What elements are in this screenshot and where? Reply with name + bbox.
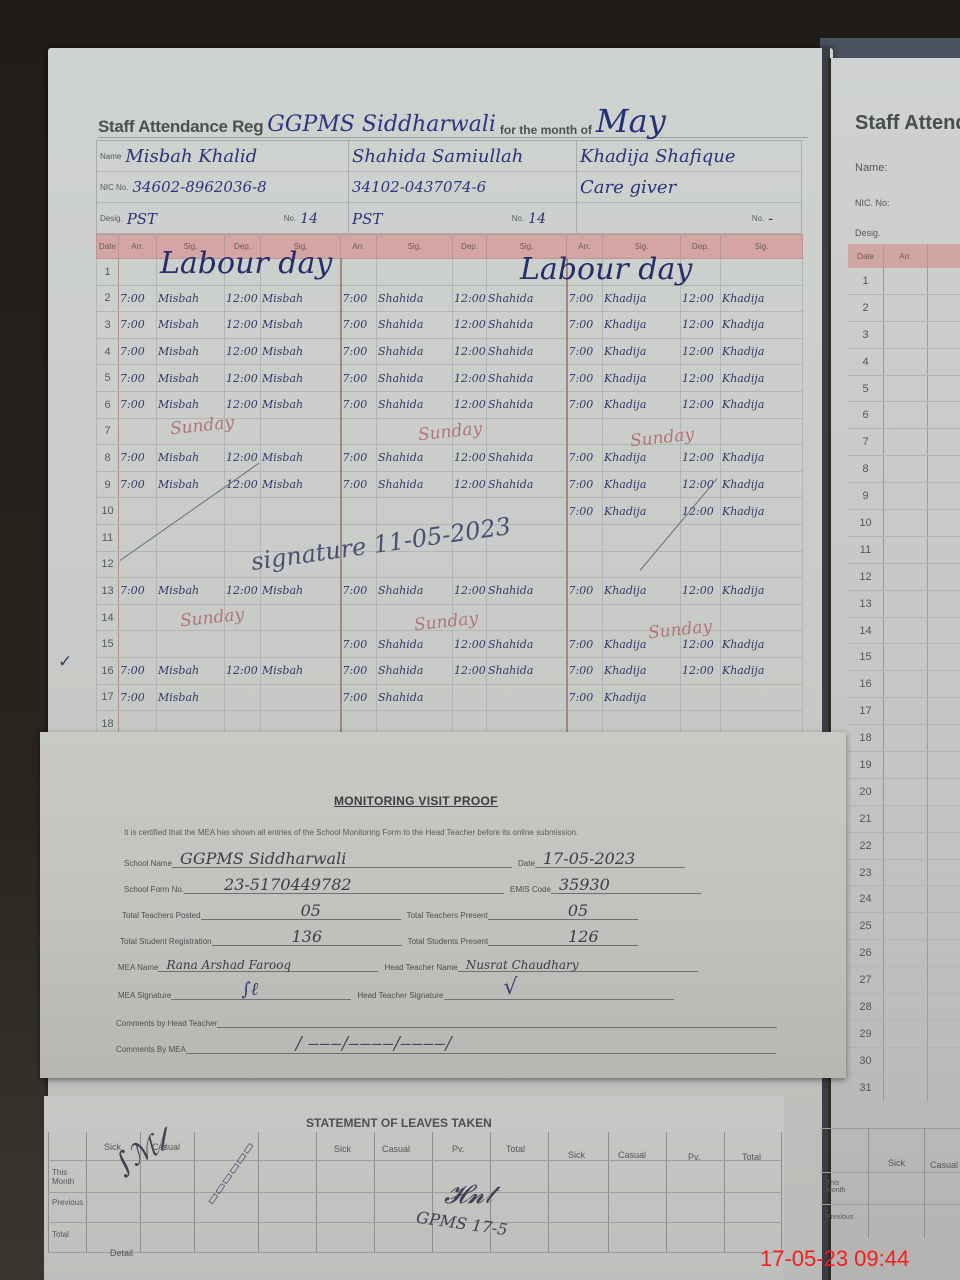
row-date: 15	[97, 631, 119, 658]
school-name-label: School Name	[124, 859, 172, 868]
attendance-row: 11	[97, 524, 803, 551]
signature-cell: Khadija	[603, 445, 681, 472]
no-label: No.	[512, 214, 524, 223]
right-attendance-row: 16	[848, 671, 960, 698]
row-date: 14	[848, 618, 884, 644]
signature-cell: Khadija	[721, 391, 803, 418]
row-date: 7	[97, 418, 119, 445]
right-attendance-row: 2	[848, 295, 960, 322]
right-attendance-row: 10	[848, 510, 960, 537]
time-cell	[341, 259, 377, 286]
time-cell: 12:00	[453, 471, 487, 498]
time-cell: 12:00	[453, 657, 487, 684]
right-attendance-row: 7	[848, 429, 960, 456]
slip-title: MONITORING VISIT PROOF	[334, 794, 498, 808]
time-cell: 7:00	[567, 657, 603, 684]
right-attendance-row: 5	[848, 376, 960, 403]
arrival-cell	[884, 429, 928, 455]
time-cell: 7:00	[341, 657, 377, 684]
signature-cell	[261, 604, 341, 631]
time-cell	[119, 259, 157, 286]
row-date: 16	[848, 671, 884, 697]
time-cell	[567, 524, 603, 551]
time-cell: 7:00	[119, 684, 157, 711]
arrival-cell	[884, 913, 928, 939]
row-date: 9	[97, 471, 119, 498]
right-attendance-row: 15	[848, 644, 960, 671]
attendance-row: 67:00Misbah12:00Misbah7:00Shahida12:00Sh…	[97, 391, 803, 418]
signature-cell: Shahida	[487, 285, 567, 312]
leaves-row-this-month: This Month	[52, 1168, 82, 1186]
time-cell: 7:00	[119, 445, 157, 472]
leaves-col-pv: Pv.	[688, 1152, 700, 1162]
row-date: 18	[848, 725, 884, 751]
right-leaves-col-sick: Sick	[888, 1158, 905, 1168]
check-mark: ✓	[58, 652, 72, 672]
time-cell	[453, 498, 487, 525]
time-cell	[341, 524, 377, 551]
head-teacher-name-value: Nusrat Chaudhary	[466, 958, 579, 972]
signature-cell: Khadija	[721, 631, 803, 658]
attendance-row: 1	[97, 259, 803, 286]
col-signature: Sig.	[377, 235, 453, 259]
signature-cell: Khadija	[603, 338, 681, 365]
date-value: 17-05-2023	[543, 849, 635, 868]
time-cell: 12:00	[681, 657, 721, 684]
signature-cell: Shahida	[377, 657, 453, 684]
arrival-cell	[884, 671, 928, 697]
time-cell	[453, 684, 487, 711]
time-cell: 7:00	[119, 471, 157, 498]
row-date: 4	[97, 338, 119, 365]
time-cell	[453, 418, 487, 445]
col-date: Date	[848, 244, 884, 268]
time-cell: 12:00	[225, 445, 261, 472]
arrival-cell	[884, 564, 928, 590]
time-cell: 7:00	[341, 285, 377, 312]
staff-nic-row: Care giver	[577, 172, 803, 203]
time-cell	[225, 684, 261, 711]
signature-cell: Khadija	[603, 471, 681, 498]
row-date: 16	[97, 657, 119, 684]
school-form-label: School Form No.	[124, 885, 184, 894]
signature-cell: Shahida	[377, 578, 453, 605]
time-cell: 12:00	[681, 445, 721, 472]
signature-cell: Misbah	[261, 338, 341, 365]
student-registration-value: 136	[292, 927, 323, 946]
row-date: 23	[848, 860, 884, 886]
right-name-label: Name:	[855, 162, 887, 174]
leaves-title: STATEMENT OF LEAVES TAKEN	[306, 1116, 492, 1130]
right-attendance-row: 14	[848, 618, 960, 645]
arrival-cell	[884, 618, 928, 644]
teachers-posted-value: 05	[301, 901, 321, 920]
time-cell: 7:00	[119, 338, 157, 365]
right-attendance-row: 1	[848, 268, 960, 295]
attendance-row: 27:00Misbah12:00Misbah7:00Shahida12:00Sh…	[97, 285, 803, 312]
signature-cell: Shahida	[487, 312, 567, 339]
row-date: 5	[848, 376, 884, 402]
time-cell: 12:00	[225, 312, 261, 339]
signature-cell	[377, 259, 453, 286]
arrival-cell	[884, 510, 928, 536]
row-date: 11	[848, 537, 884, 563]
arrival-cell	[884, 295, 928, 321]
arrival-cell	[884, 725, 928, 751]
signature-cell	[721, 684, 803, 711]
row-date: 7	[848, 429, 884, 455]
signature-cell: Misbah	[157, 391, 225, 418]
arrival-cell	[884, 752, 928, 778]
time-cell: 7:00	[567, 471, 603, 498]
staff-desig: PST	[352, 210, 382, 228]
signature-cell	[157, 259, 225, 286]
right-attendance-row: 11	[848, 537, 960, 564]
signature-cell	[487, 418, 567, 445]
arrival-cell	[884, 591, 928, 617]
signature-cell: Shahida	[377, 471, 453, 498]
time-cell: 12:00	[225, 657, 261, 684]
signature-cell: Khadija	[603, 631, 681, 658]
row-date: 6	[848, 402, 884, 428]
signature-cell: Misbah	[261, 578, 341, 605]
right-attendance-row: 24	[848, 886, 960, 913]
month-value: May	[596, 105, 666, 137]
signature-cell: Misbah	[157, 312, 225, 339]
signature-cell	[261, 498, 341, 525]
staff-name-row: Name Misbah Khalid	[97, 141, 348, 172]
signature-cell: Khadija	[603, 578, 681, 605]
signature-cell: Shahida	[487, 631, 567, 658]
signature-cell: Misbah	[261, 445, 341, 472]
signature-cell: Shahida	[487, 471, 567, 498]
time-cell: 7:00	[567, 338, 603, 365]
school-name-field: School Name GGPMS Siddharwali Date 17-05…	[124, 852, 685, 868]
arrival-cell	[884, 376, 928, 402]
col-signature: Sig.	[721, 235, 803, 259]
signature-cell	[261, 259, 341, 286]
row-date: 21	[848, 806, 884, 832]
signature-cell	[157, 524, 225, 551]
staff-column-1: Name Misbah Khalid NIC No. 34602-8962036…	[97, 141, 349, 234]
row-date: 27	[848, 967, 884, 993]
attendance-row: 137:00Misbah12:00Misbah7:00Shahida12:00S…	[97, 578, 803, 605]
signature-cell: Misbah	[157, 365, 225, 392]
col-departure: Dep.	[453, 235, 487, 259]
right-attendance-row: 26	[848, 940, 960, 967]
signature-cell	[261, 524, 341, 551]
attendance-row: 47:00Misbah12:00Misbah7:00Shahida12:00Sh…	[97, 338, 803, 365]
time-cell	[225, 498, 261, 525]
mea-name-field: MEA Name Rana Arshad Farooq Head Teacher…	[118, 956, 698, 972]
time-cell: 12:00	[225, 578, 261, 605]
time-cell: 12:00	[453, 365, 487, 392]
time-cell	[567, 604, 603, 631]
row-date: 20	[848, 779, 884, 805]
leaves-row-previous: Previous	[52, 1198, 83, 1207]
signature-cell	[721, 604, 803, 631]
staff-desig-row: No. -	[577, 203, 803, 234]
time-cell: 12:00	[681, 338, 721, 365]
right-attendance-row: 27	[848, 967, 960, 994]
time-cell: 7:00	[567, 445, 603, 472]
attendance-row: 87:00Misbah12:00Misbah7:00Shahida12:00Sh…	[97, 445, 803, 472]
row-date: 10	[97, 498, 119, 525]
time-cell	[341, 604, 377, 631]
no-label: No.	[752, 214, 764, 223]
arrival-cell	[884, 1048, 928, 1074]
time-cell: 7:00	[567, 285, 603, 312]
staff-desig-row: PST No. 14	[349, 203, 576, 234]
time-cell	[119, 498, 157, 525]
signature-cell	[261, 631, 341, 658]
staff-no: 14	[528, 211, 546, 227]
teachers-posted-field: Total Teachers Posted 05 Total Teachers …	[122, 904, 638, 920]
time-cell: 7:00	[567, 631, 603, 658]
head-teacher-signature: 𝓗𝓷𝓉	[444, 1180, 493, 1211]
arrival-cell	[884, 1021, 928, 1047]
leaves-col-total: Total	[742, 1152, 761, 1162]
row-date: 2	[848, 295, 884, 321]
time-cell: 12:00	[453, 631, 487, 658]
arrival-cell	[884, 456, 928, 482]
staff-name-row: Shahida Samiullah	[349, 141, 576, 172]
arrival-cell	[884, 268, 928, 294]
student-registration-label: Total Student Registration	[120, 937, 212, 946]
signature-cell	[487, 259, 567, 286]
col-arrival: Arr.	[119, 235, 157, 259]
staff-info-grid: Name Misbah Khalid NIC No. 34602-8962036…	[96, 140, 802, 234]
signature-cell	[487, 684, 567, 711]
signature-cell: Shahida	[487, 578, 567, 605]
attendance-row: 57:00Misbah12:00Misbah7:00Shahida12:00Sh…	[97, 365, 803, 392]
row-date: 28	[848, 994, 884, 1020]
right-attendance-row: 29	[848, 1021, 960, 1048]
right-attendance-row: 23	[848, 860, 960, 887]
row-date: 19	[848, 752, 884, 778]
signature-cell: Misbah	[261, 365, 341, 392]
signature-cell	[487, 604, 567, 631]
row-date: 10	[848, 510, 884, 536]
attendance-row: 157:00Shahida12:00Shahida7:00Khadija12:0…	[97, 631, 803, 658]
time-cell: 7:00	[341, 631, 377, 658]
right-attendance-row: 19	[848, 752, 960, 779]
mea-name-value: Rana Arshad Farooq	[166, 958, 291, 972]
arrival-cell	[884, 860, 928, 886]
time-cell	[567, 418, 603, 445]
time-cell	[681, 418, 721, 445]
staff-name: Khadija Shafique	[580, 146, 736, 167]
school-name-handwritten: GGPMS Siddharwali	[267, 112, 496, 137]
time-cell: 7:00	[341, 312, 377, 339]
arrival-cell	[884, 779, 928, 805]
staff-nic: 34102-0437074-6	[352, 178, 486, 196]
row-date: 29	[848, 1021, 884, 1047]
time-cell: 12:00	[225, 285, 261, 312]
comments-mea-label: Comments By MEA	[116, 1045, 186, 1054]
right-attendance-row: 9	[848, 483, 960, 510]
staff-name: Shahida Samiullah	[352, 146, 523, 167]
signature-cell	[261, 684, 341, 711]
signature-cell	[487, 498, 567, 525]
time-cell: 7:00	[567, 578, 603, 605]
signature-cell	[603, 551, 681, 578]
student-registration-field: Total Student Registration 136 Total Stu…	[120, 930, 638, 946]
row-date: 13	[848, 591, 884, 617]
right-desig-label: Desig.	[855, 228, 881, 238]
comments-strike-marks: / ‒‒‒/‒‒‒‒/‒‒‒‒/	[296, 1033, 452, 1054]
signature-cell: Khadija	[721, 578, 803, 605]
signature-cell: Khadija	[603, 365, 681, 392]
signature-cell	[487, 524, 567, 551]
school-name-value: GGPMS Siddharwali	[180, 849, 346, 868]
head-teacher-signature-mark: √	[504, 975, 518, 1000]
register-title: Staff Attendance Reg GGPMS Siddharwali f…	[98, 98, 808, 138]
col-departure: Dep.	[225, 235, 261, 259]
right-leaves-col-casual: Casual	[930, 1160, 958, 1170]
signature-cell: Khadija	[603, 285, 681, 312]
signature-cell: Misbah	[261, 285, 341, 312]
time-cell: 12:00	[681, 312, 721, 339]
signature-cell: Misbah	[157, 338, 225, 365]
time-cell: 12:00	[453, 391, 487, 418]
signature-cell: Misbah	[261, 657, 341, 684]
signature-cell	[377, 551, 453, 578]
col-signature: Sig.	[261, 235, 341, 259]
attendance-row: 14	[97, 604, 803, 631]
leaves-col-total: Total	[506, 1144, 525, 1154]
arrival-cell	[884, 1075, 928, 1101]
signature-cell	[721, 259, 803, 286]
time-cell	[225, 524, 261, 551]
time-cell: 12:00	[225, 391, 261, 418]
signature-cell: Khadija	[721, 338, 803, 365]
attendance-row: 37:00Misbah12:00Misbah7:00Shahida12:00Sh…	[97, 312, 803, 339]
statement-of-leaves: STATEMENT OF LEAVES TAKEN Sick Casual Si…	[44, 1096, 784, 1280]
time-cell	[453, 551, 487, 578]
signature-cell: Shahida	[487, 338, 567, 365]
right-attendance-table: Date Arr. 123456789101112131415161718192…	[848, 244, 960, 1102]
col-signature	[928, 244, 960, 268]
right-rows: 1234567891011121314151617181920212223242…	[848, 268, 960, 1102]
time-cell: 7:00	[341, 365, 377, 392]
signature-cell: Shahida	[487, 391, 567, 418]
teachers-posted-label: Total Teachers Posted	[122, 911, 201, 920]
col-signature: Sig.	[603, 235, 681, 259]
signature-cell	[721, 524, 803, 551]
leaves-col-casual: Casual	[382, 1144, 410, 1154]
row-date: 15	[848, 644, 884, 670]
attendance-row: 167:00Misbah12:00Misbah7:00Shahida12:00S…	[97, 657, 803, 684]
time-cell: 12:00	[225, 365, 261, 392]
signature-cell: Khadija	[603, 684, 681, 711]
time-cell	[681, 551, 721, 578]
right-attendance-row: 17	[848, 698, 960, 725]
mea-signature-mark: ∫ℓ	[241, 979, 258, 1000]
row-date: 30	[848, 1048, 884, 1074]
time-cell: 7:00	[567, 391, 603, 418]
signature-cell	[157, 418, 225, 445]
arrival-cell	[884, 967, 928, 993]
time-cell	[453, 604, 487, 631]
signature-cell: Khadija	[721, 312, 803, 339]
students-present-value: 126	[568, 927, 599, 946]
time-cell	[225, 259, 261, 286]
col-date: Date	[97, 235, 119, 259]
head-teacher-name-label: Head Teacher Name	[384, 963, 457, 972]
time-cell: 7:00	[341, 338, 377, 365]
time-cell: 7:00	[119, 391, 157, 418]
right-attendance-row: 6	[848, 402, 960, 429]
row-date: 12	[848, 564, 884, 590]
staff-desig-row: Desig. PST No. 14	[97, 203, 348, 234]
school-form-value: 23-5170449782	[224, 875, 352, 894]
col-signature: Sig.	[487, 235, 567, 259]
time-cell	[681, 684, 721, 711]
row-date: 22	[848, 833, 884, 859]
time-cell: 7:00	[119, 285, 157, 312]
signature-cell	[157, 604, 225, 631]
time-cell: 12:00	[681, 471, 721, 498]
time-cell	[119, 418, 157, 445]
row-date: 17	[97, 684, 119, 711]
time-cell	[567, 551, 603, 578]
right-leaves-grid: Sick Casual This Month Previous	[820, 1128, 960, 1238]
signature-cell: Shahida	[377, 445, 453, 472]
month-label: for the month of	[500, 123, 592, 137]
arrival-cell	[884, 402, 928, 428]
time-cell: 12:00	[453, 285, 487, 312]
signature-cell: Shahida	[377, 312, 453, 339]
signature-cell: Khadija	[721, 657, 803, 684]
staff-column-3: Khadija Shafique Care giver No. -	[577, 141, 803, 234]
camera-timestamp: 17-05-23 09:44	[760, 1246, 909, 1272]
col-departure: Dep.	[681, 235, 721, 259]
row-date: 3	[97, 312, 119, 339]
right-nic-label: NIC. No:	[855, 198, 890, 208]
arrival-cell	[884, 698, 928, 724]
right-header-row: Date Arr.	[848, 244, 960, 268]
time-cell	[341, 551, 377, 578]
time-cell	[341, 498, 377, 525]
time-cell	[453, 259, 487, 286]
row-date: 31	[848, 1075, 884, 1101]
row-date: 12	[97, 551, 119, 578]
row-date: 17	[848, 698, 884, 724]
attendance-row: 7	[97, 418, 803, 445]
row-date: 8	[848, 456, 884, 482]
col-arrival: Arr.	[884, 244, 928, 268]
time-cell: 12:00	[681, 391, 721, 418]
row-date: 2	[97, 285, 119, 312]
arrival-cell	[884, 833, 928, 859]
signature-cell: Khadija	[603, 657, 681, 684]
time-cell	[567, 259, 603, 286]
time-cell	[453, 524, 487, 551]
row-date: 26	[848, 940, 884, 966]
students-present-label: Total Students Present	[408, 937, 489, 946]
row-date: 5	[97, 365, 119, 392]
time-cell	[681, 259, 721, 286]
row-date: 14	[97, 604, 119, 631]
attendance-header-row: Date Arr. Sig. Dep. Sig. Arr. Sig. Dep. …	[97, 235, 803, 259]
right-leaves-row-previous: Previous	[826, 1214, 853, 1221]
time-cell: 7:00	[567, 684, 603, 711]
time-cell: 12:00	[681, 578, 721, 605]
staff-no: -	[768, 211, 773, 227]
signature-cell	[377, 418, 453, 445]
signature-cell: Shahida	[377, 391, 453, 418]
